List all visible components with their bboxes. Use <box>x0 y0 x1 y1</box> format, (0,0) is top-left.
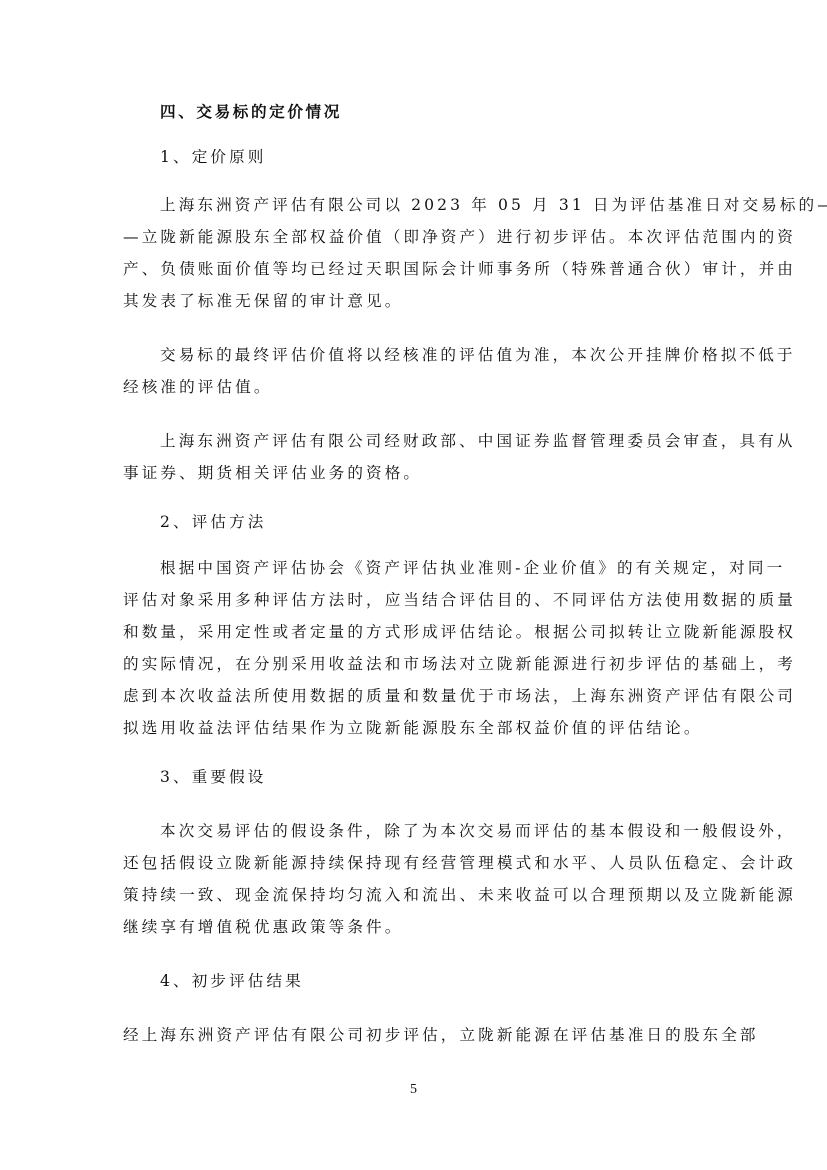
paragraph-line: 和数量，采用定性或者定量的方式形成评估结论。根据公司拟转让立陇新能源股权 <box>123 622 796 642</box>
paragraph-line: 产、负债账面价值等均已经过天职国际会计师事务所（特殊普通合伙）审计，并由 <box>123 259 796 279</box>
paragraph-line: 虑到本次收益法所使用数据的质量和数量优于市场法，上海东洲资产评估有限公司 <box>123 686 796 706</box>
paragraph-line: 策持续一致、现金流保持均匀流入和流出、未来收益可以合理预期以及立陇新能源 <box>123 885 796 905</box>
paragraph-line: 还包括假设立陇新能源持续保持现有经营管理模式和水平、人员队伍稳定、会计政 <box>123 853 796 873</box>
paragraph-line: 其发表了标准无保留的审计意见。 <box>123 291 403 311</box>
paragraph-line: —立陇新能源股东全部权益价值（即净资产）进行初步评估。本次评估范围内的资 <box>123 227 796 247</box>
paragraph-line: 上海东洲资产评估有限公司以 2023 年 05 月 31 日为评估基准日对交易标… <box>160 195 827 215</box>
subsection-title-pricing-principle: 1、定价原则 <box>160 147 267 167</box>
paragraph-line: 根据中国资产评估协会《资产评估执业准则-企业价值》的有关规定，对同一 <box>160 558 785 578</box>
paragraph-line: 经核准的评估值。 <box>123 377 273 397</box>
paragraph-line: 的实际情况，在分别采用收益法和市场法对立陇新能源进行初步评估的基础上，考 <box>123 654 796 674</box>
section-heading: 四、交易标的定价情况 <box>160 102 342 122</box>
subsection-title-valuation-method: 2、评估方法 <box>160 512 267 532</box>
paragraph-line: 交易标的最终评估价值将以经核准的评估值为准，本次公开挂牌价格拟不低于 <box>160 345 796 365</box>
paragraph-line: 继续享有增值税优惠政策等条件。 <box>123 917 403 937</box>
paragraph-line: 评估对象采用多种评估方法时，应当结合评估目的、不同评估方法使用数据的质量 <box>123 590 796 610</box>
paragraph-line: 拟选用收益法评估结果作为立陇新能源股东全部权益价值的评估结论。 <box>123 718 703 738</box>
paragraph-line: 经上海东洲资产评估有限公司初步评估，立陇新能源在评估基准日的股东全部 <box>123 1025 759 1045</box>
paragraph-line: 本次交易评估的假设条件，除了为本次交易而评估的基本假设和一般假设外， <box>160 821 796 841</box>
page-number: 5 <box>0 1082 827 1098</box>
paragraph-line: 事证券、期货相关评估业务的资格。 <box>123 463 422 483</box>
subsection-title-key-assumptions: 3、重要假设 <box>160 767 267 787</box>
subsection-title-preliminary-result: 4、初步评估结果 <box>160 971 304 991</box>
paragraph-line: 上海东洲资产评估有限公司经财政部、中国证券监督管理委员会审查，具有从 <box>160 431 796 451</box>
document-page: 四、交易标的定价情况 1、定价原则 上海东洲资产评估有限公司以 2023 年 0… <box>0 0 827 1170</box>
